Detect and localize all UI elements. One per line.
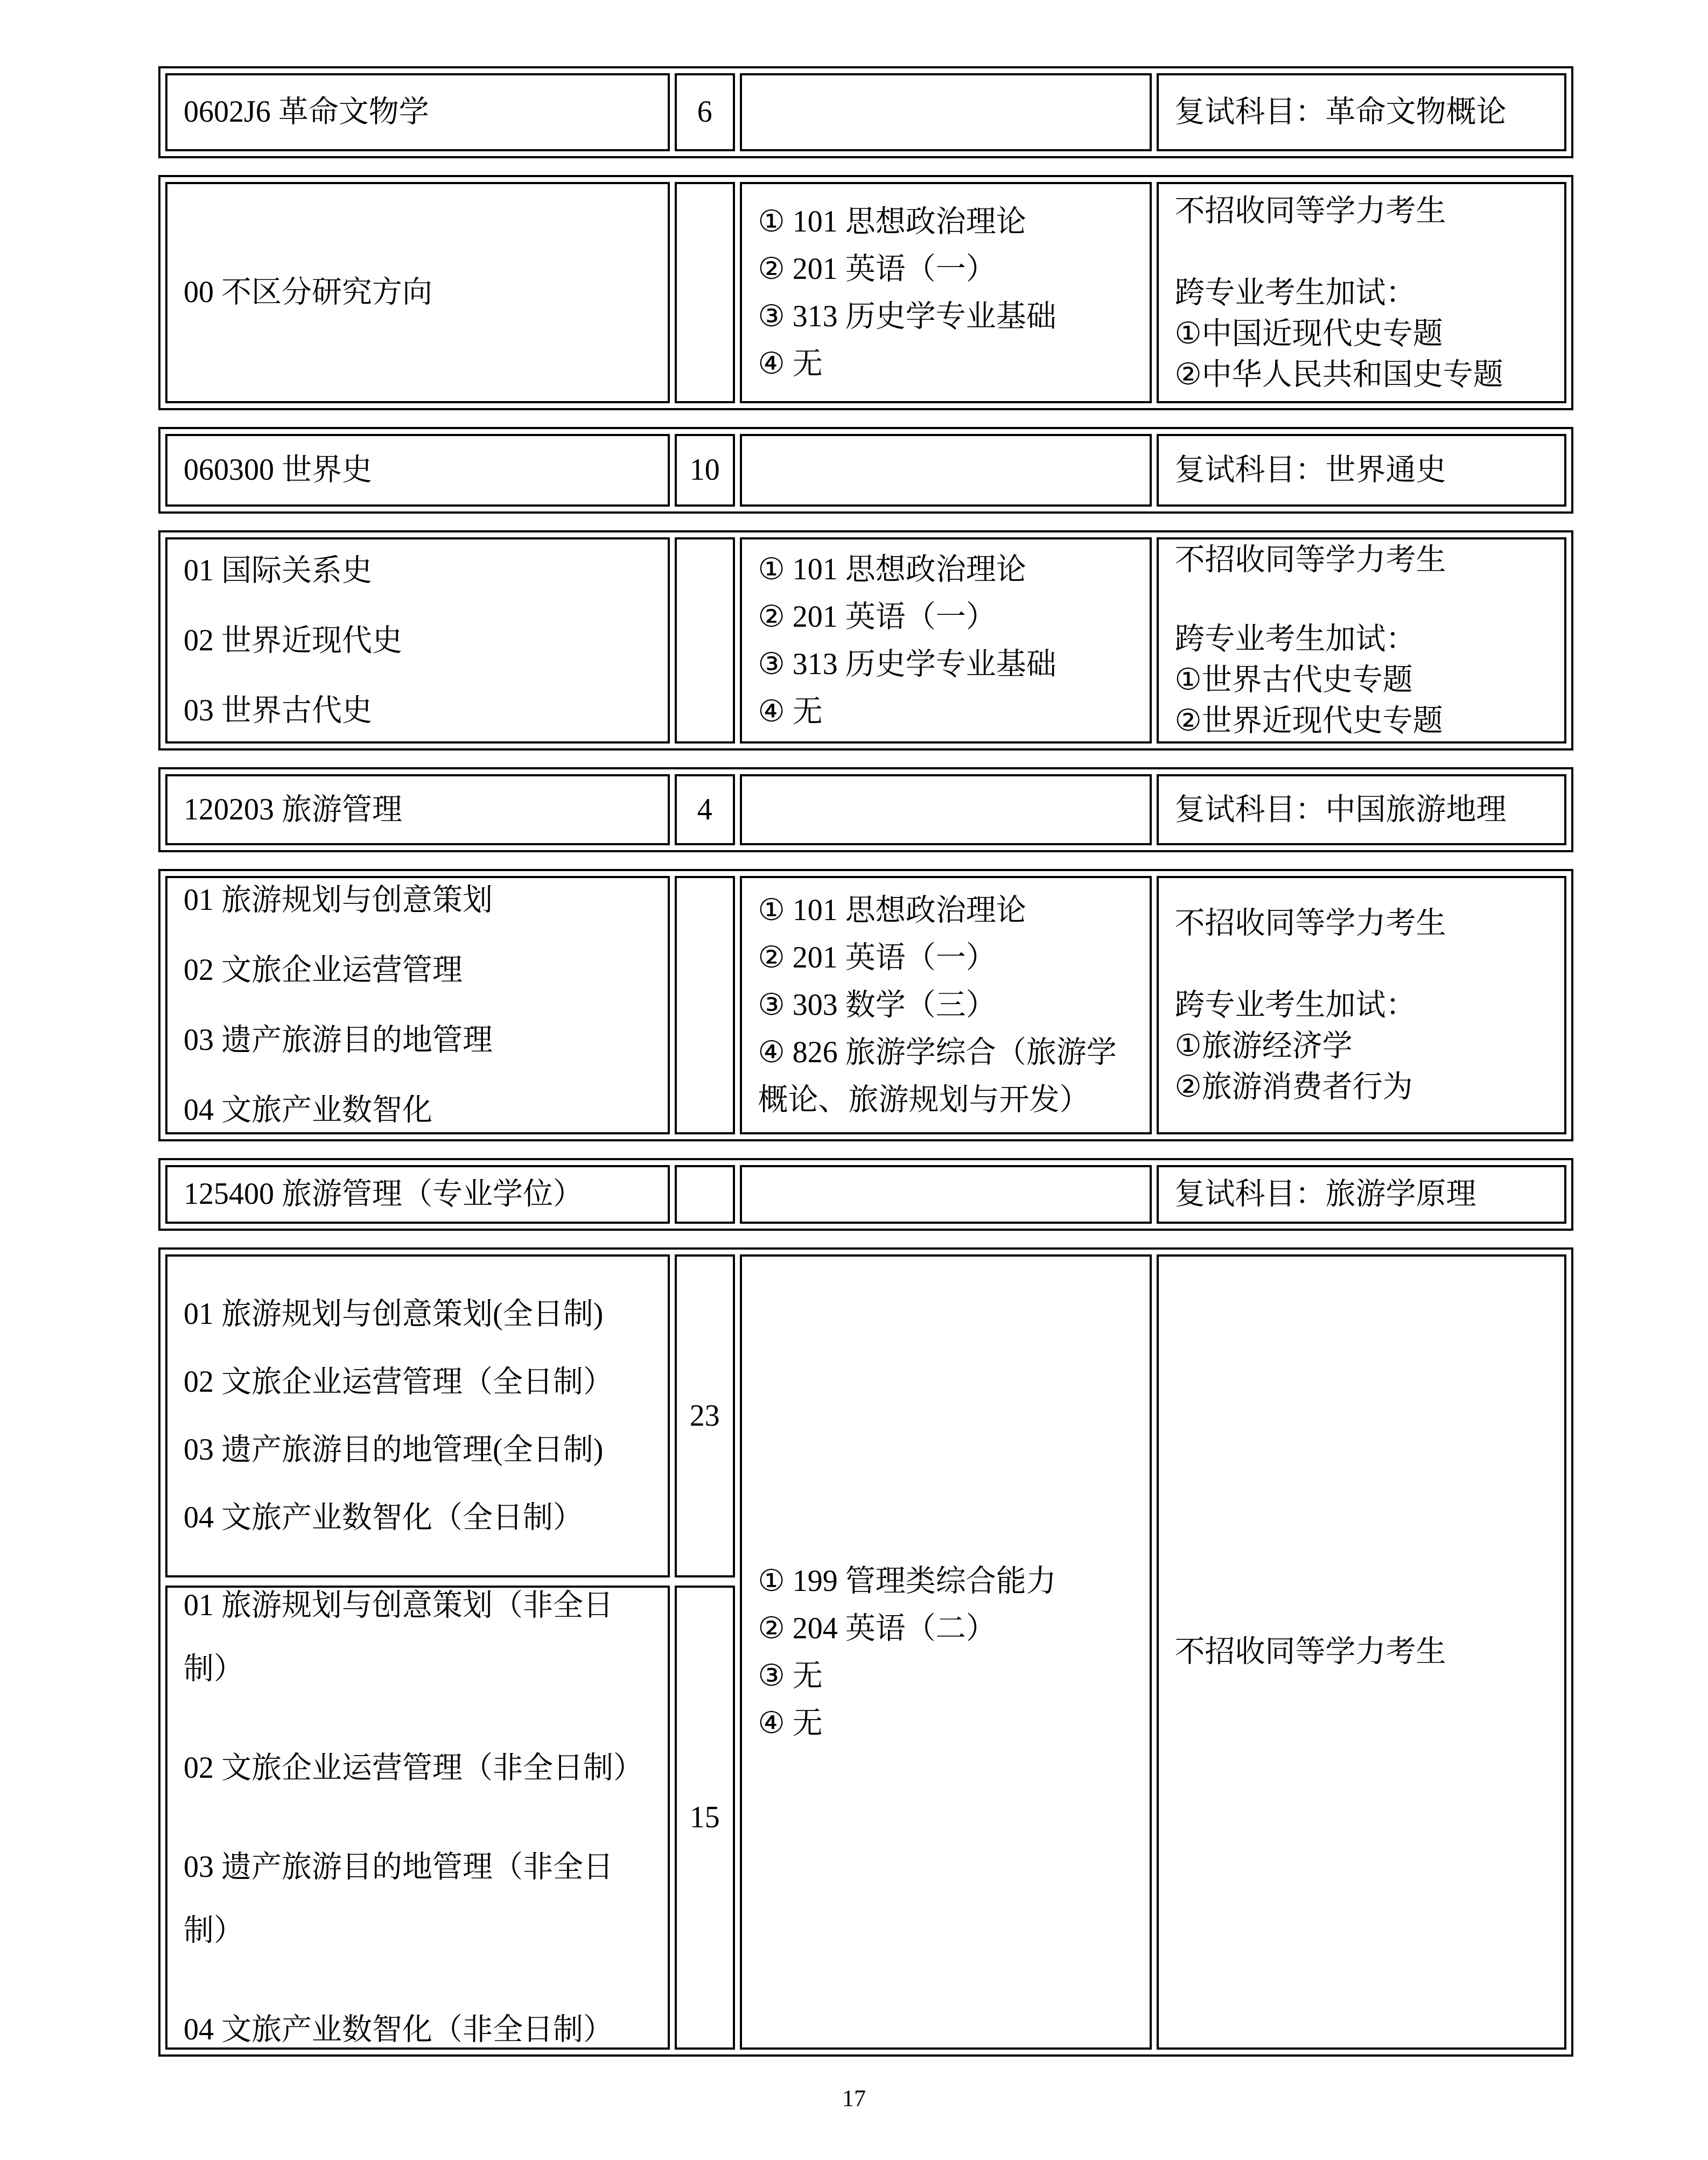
fulltime-directions-cell: 01 旅游规划与创意策划(全日制) 02 文旅企业运营管理（全日制） 03 遗产…	[165, 1254, 670, 1577]
exam-subject: ② 204 英语（二）	[758, 1605, 1140, 1652]
research-direction: 02 文旅企业运营管理	[184, 953, 658, 987]
research-direction: 01 旅游规划与创意策划（非全日制）	[184, 1586, 658, 1701]
research-direction: 00 不区分研究方向	[184, 273, 658, 312]
exam-subjects-cell-empty	[740, 774, 1152, 845]
remark-text: 不招收同等学力考生	[1175, 903, 1555, 944]
directions-column-stack: 01 旅游规划与创意策划(全日制) 02 文旅企业运营管理（全日制） 03 遗产…	[165, 1254, 670, 2050]
quota-value: 10	[690, 451, 720, 490]
exam-subjects-cell: ① 101 思想政治理论 ② 201 英语（一） ③ 313 历史学专业基础 ④…	[740, 537, 1152, 744]
admissions-table: 0602J6 革命文物学 6 复试科目：革命文物概论 00 不区分研究方向 ① …	[158, 66, 1573, 2057]
remark-cell: 复试科目：旅游学原理	[1157, 1165, 1566, 1224]
exam-subjects-cell: ① 101 思想政治理论 ② 201 英语（一） ③ 313 历史学专业基础 ④…	[740, 182, 1152, 403]
exam-subjects-cell-merged: ① 199 管理类综合能力 ② 204 英语（二） ③ 无 ④ 无	[740, 1254, 1152, 2050]
table-row-directions-worldhistory: 01 国际关系史 02 世界近现代史 03 世界古代史 ① 101 思想政治理论…	[158, 530, 1573, 751]
research-directions-cell: 01 国际关系史 02 世界近现代史 03 世界古代史	[165, 537, 670, 744]
remark-title: 跨专业考生加试：	[1175, 619, 1555, 660]
research-direction: 02 文旅企业运营管理（非全日制）	[184, 1736, 658, 1800]
research-direction: 03 遗产旅游目的地管理(全日制)	[184, 1433, 658, 1467]
retest-subject-note: 复试科目：革命文物概论	[1175, 93, 1555, 132]
exam-subjects-cell-empty	[740, 73, 1152, 151]
blank-line	[1175, 944, 1555, 985]
research-direction: 02 文旅企业运营管理（全日制）	[184, 1365, 658, 1399]
table-row-program-060300: 060300 世界史 10 复试科目：世界通史	[158, 427, 1573, 514]
exam-subject: ① 199 管理类综合能力	[758, 1558, 1140, 1605]
extra-test-item: ①旅游经济学	[1175, 1026, 1555, 1067]
exam-subject: ① 101 思想政治理论	[758, 198, 1140, 246]
program-cell: 060300 世界史	[165, 434, 670, 507]
table-row-program-0602J6: 0602J6 革命文物学 6 复试科目：革命文物概论	[158, 66, 1573, 158]
blank-line	[1175, 580, 1555, 619]
program-name: 125400 旅游管理（专业学位）	[184, 1175, 658, 1214]
program-name: 120203 旅游管理	[184, 790, 658, 830]
research-direction: 04 文旅产业数智化（非全日制）	[184, 1998, 658, 2050]
program-name: 060300 世界史	[184, 451, 658, 490]
retest-subject-note: 复试科目：世界通史	[1175, 451, 1555, 490]
table-row-program-120203: 120203 旅游管理 4 复试科目：中国旅游地理	[158, 767, 1573, 852]
remark-cell: 复试科目：革命文物概论	[1157, 73, 1566, 151]
exam-subject: ④ 826 旅游学综合（旅游学概论、旅游规划与开发）	[758, 1029, 1140, 1124]
exam-subject: ③ 无	[758, 1652, 1140, 1700]
program-cell: 120203 旅游管理	[165, 774, 670, 845]
extra-test-item: ②旅游消费者行为	[1175, 1067, 1555, 1107]
exam-subject: ② 201 英语（一）	[758, 246, 1140, 293]
retest-subject-note: 复试科目：中国旅游地理	[1175, 790, 1555, 830]
table-row-directions-tourism-professional: 01 旅游规划与创意策划(全日制) 02 文旅企业运营管理（全日制） 03 遗产…	[158, 1247, 1573, 2057]
quota-cell: 6	[675, 73, 735, 151]
research-direction: 01 国际关系史	[184, 553, 658, 588]
extra-test-item: ②中华人民共和国史专题	[1175, 354, 1555, 395]
research-direction: 04 文旅产业数智化	[184, 1093, 658, 1127]
quota-column-stack: 23 15	[675, 1254, 735, 2050]
parttime-directions-cell: 01 旅游规划与创意策划（非全日制） 02 文旅企业运营管理（非全日制） 03 …	[165, 1586, 670, 2050]
remark-cell: 不招收同等学力考生 跨专业考生加试： ①中国近现代史专题 ②中华人民共和国史专题	[1157, 182, 1566, 403]
exam-subject: ③ 313 历史学专业基础	[758, 293, 1140, 340]
exam-subject: ② 201 英语（一）	[758, 593, 1140, 641]
table-row-program-125400: 125400 旅游管理（专业学位） 复试科目：旅游学原理	[158, 1158, 1573, 1231]
retest-subject-note: 复试科目：旅游学原理	[1175, 1175, 1555, 1214]
remark-cell: 不招收同等学力考生 跨专业考生加试： ①旅游经济学 ②旅游消费者行为	[1157, 876, 1566, 1134]
quota-value: 23	[690, 1397, 720, 1436]
program-cell: 0602J6 革命文物学	[165, 73, 670, 151]
blank-line	[1175, 232, 1555, 272]
fulltime-quota-cell: 23	[675, 1254, 735, 1577]
remark-cell: 不招收同等学力考生 跨专业考生加试： ①世界古代史专题 ②世界近现代史专题	[1157, 537, 1566, 744]
extra-test-item: ②世界近现代史专题	[1175, 700, 1555, 741]
quota-cell-empty	[675, 537, 735, 744]
exam-subject: ④ 无	[758, 688, 1140, 735]
exam-subject: ④ 无	[758, 1700, 1140, 1747]
document-page: { "page_number": "17", "colors": { "bord…	[0, 0, 1708, 2160]
research-direction-cell: 00 不区分研究方向	[165, 182, 670, 403]
exam-subject: ① 101 思想政治理论	[758, 887, 1140, 934]
table-row-direction-00: 00 不区分研究方向 ① 101 思想政治理论 ② 201 英语（一） ③ 31…	[158, 175, 1573, 410]
quota-value: 6	[697, 93, 712, 132]
extra-test-item: ①世界古代史专题	[1175, 660, 1555, 700]
exam-subjects-cell-empty	[740, 434, 1152, 507]
quota-cell-empty	[675, 876, 735, 1134]
quota-value: 4	[697, 790, 712, 830]
remark-text: 不招收同等学力考生	[1175, 539, 1555, 580]
remark-title: 跨专业考生加试：	[1175, 985, 1555, 1026]
research-direction: 03 世界古代史	[184, 693, 658, 728]
page-number: 17	[0, 2085, 1708, 2113]
quota-cell: 10	[675, 434, 735, 507]
research-direction: 03 遗产旅游目的地管理	[184, 1023, 658, 1057]
research-direction: 02 世界近现代史	[184, 623, 658, 658]
quota-cell-empty	[675, 1165, 735, 1224]
remark-cell: 复试科目：中国旅游地理	[1157, 774, 1566, 845]
research-direction: 04 文旅产业数智化（全日制）	[184, 1500, 658, 1535]
exam-subjects-cell-empty	[740, 1165, 1152, 1224]
exam-subject: ④ 无	[758, 340, 1140, 388]
exam-subject: ② 201 英语（一）	[758, 934, 1140, 981]
exam-subjects-cell: ① 101 思想政治理论 ② 201 英语（一） ③ 303 数学（三） ④ 8…	[740, 876, 1152, 1134]
exam-subject: ① 101 思想政治理论	[758, 546, 1140, 593]
program-name: 0602J6 革命文物学	[184, 93, 658, 132]
remark-cell: 复试科目：世界通史	[1157, 434, 1566, 507]
table-row-directions-tourism: 01 旅游规划与创意策划 02 文旅企业运营管理 03 遗产旅游目的地管理 04…	[158, 869, 1573, 1141]
exam-subject: ③ 303 数学（三）	[758, 981, 1140, 1029]
extra-test-item: ①中国近现代史专题	[1175, 313, 1555, 354]
quota-cell-empty	[675, 182, 735, 403]
research-direction: 01 旅游规划与创意策划	[184, 883, 658, 917]
remark-cell-merged: 不招收同等学力考生	[1157, 1254, 1566, 2050]
exam-subject: ③ 313 历史学专业基础	[758, 641, 1140, 688]
remark-text: 不招收同等学力考生	[1175, 1632, 1555, 1672]
research-direction: 01 旅游规划与创意策划(全日制)	[184, 1297, 658, 1331]
program-cell: 125400 旅游管理（专业学位）	[165, 1165, 670, 1224]
parttime-quota-cell: 15	[675, 1586, 735, 2050]
quota-cell: 4	[675, 774, 735, 845]
research-direction: 03 遗产旅游目的地管理（非全日制）	[184, 1835, 658, 1962]
quota-value: 15	[690, 1798, 720, 1838]
remark-title: 跨专业考生加试：	[1175, 272, 1555, 313]
remark-text: 不招收同等学力考生	[1175, 191, 1555, 232]
research-directions-cell: 01 旅游规划与创意策划 02 文旅企业运营管理 03 遗产旅游目的地管理 04…	[165, 876, 670, 1134]
